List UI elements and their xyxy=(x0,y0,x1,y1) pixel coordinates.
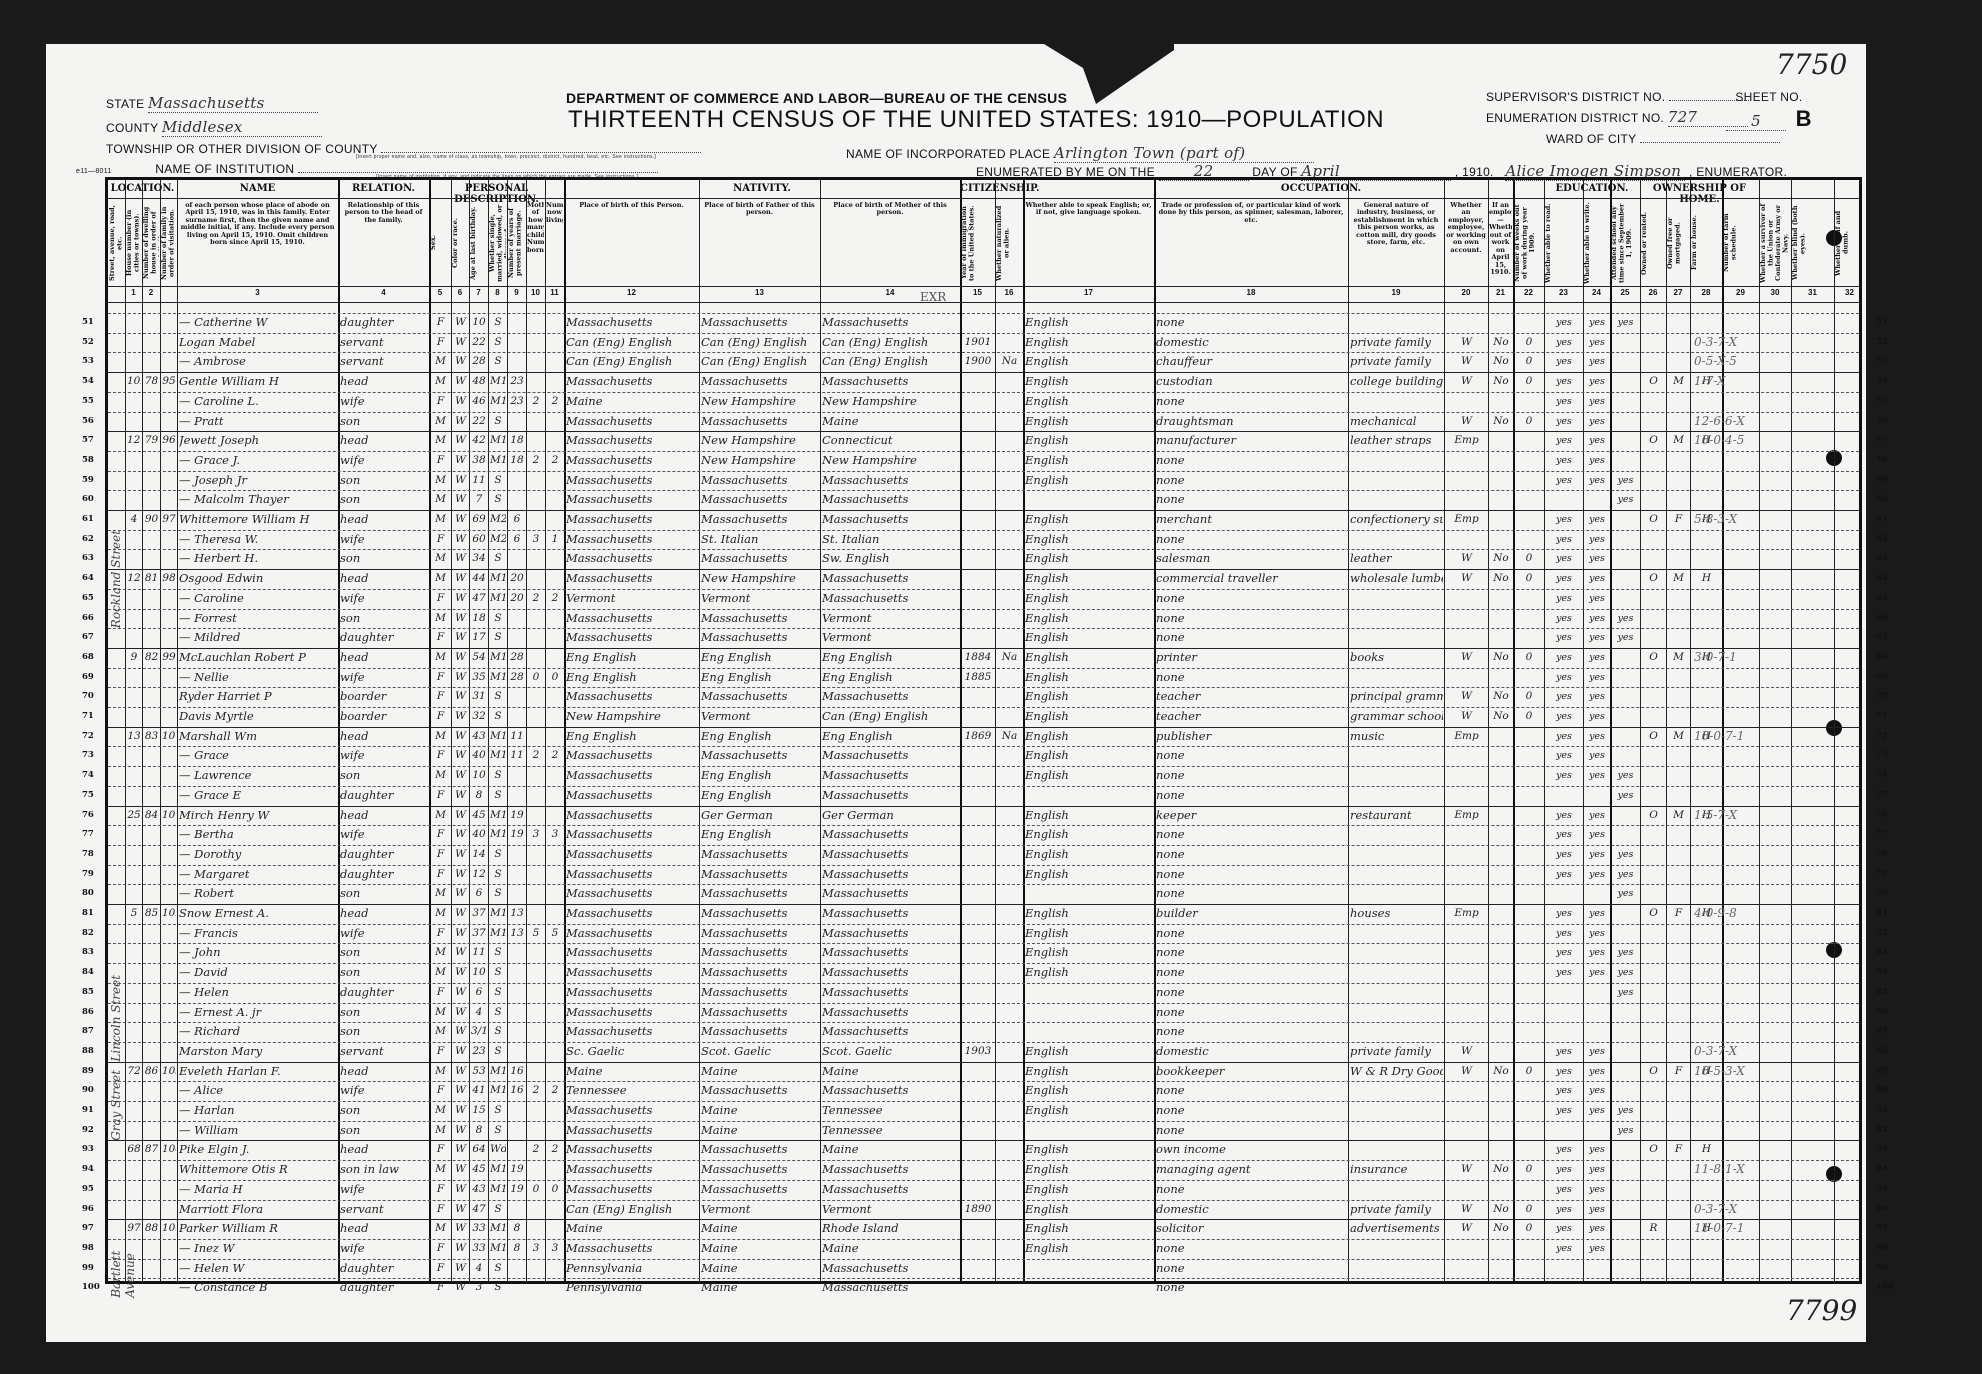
cell-house xyxy=(127,884,141,904)
cell-emp xyxy=(1446,746,1487,766)
cell-school xyxy=(1612,687,1639,707)
cell-school xyxy=(1612,589,1639,609)
cell-relation: head xyxy=(340,648,428,668)
cell-name: Marriott Flora xyxy=(179,1200,337,1220)
cell-read: yes xyxy=(1546,825,1582,845)
cell-age: 7 xyxy=(471,490,487,510)
cell-pob_father: Vermont xyxy=(701,707,819,727)
cell-out xyxy=(1490,943,1512,963)
cell-pob_father: Massachusetts xyxy=(701,609,819,629)
cell-age: 44 xyxy=(471,569,487,589)
cell-family: 99 xyxy=(162,648,176,668)
cell-living xyxy=(547,412,563,432)
cell-family xyxy=(162,983,176,1003)
cell-house: 9 xyxy=(127,648,141,668)
cell-write: yes xyxy=(1585,510,1609,530)
cell-natz xyxy=(997,471,1022,491)
line-number-right: 53 xyxy=(1876,356,1888,366)
table-row: — Grace EdaughterFW8SMassachusettsEng En… xyxy=(108,786,1859,806)
cell-out xyxy=(1490,451,1512,471)
cell-free xyxy=(1668,865,1689,885)
line-number-right: 75 xyxy=(1876,790,1888,800)
cell-out xyxy=(1490,609,1512,629)
header-rule xyxy=(108,198,1859,199)
cell-born xyxy=(528,1003,544,1023)
cell-industry xyxy=(1350,825,1443,845)
cell-years: 13 xyxy=(509,924,525,944)
cell-living xyxy=(547,1219,563,1239)
cell-race: W xyxy=(453,609,468,629)
cell-sex: F xyxy=(431,1180,450,1200)
cell-living xyxy=(547,806,563,826)
cell-own xyxy=(1642,589,1665,609)
sheet-number-field: SHEET NO. 5 B xyxy=(1726,90,1812,132)
cell-natz xyxy=(997,1278,1022,1298)
cell-family xyxy=(162,1200,176,1220)
cell-years xyxy=(509,471,525,491)
cell-race: W xyxy=(453,687,468,707)
cell-english: English xyxy=(1025,806,1153,826)
cell-born xyxy=(528,549,544,569)
column-number: 13 xyxy=(699,288,820,302)
cell-age: 17 xyxy=(471,628,487,648)
cell-dwelling: 84 xyxy=(144,806,159,826)
cell-read: yes xyxy=(1546,806,1582,826)
line-number-right: 97 xyxy=(1876,1223,1888,1233)
cell-english: English xyxy=(1025,589,1153,609)
cell-living xyxy=(547,1062,563,1082)
cell-read: yes xyxy=(1546,471,1582,491)
cell-sex: M xyxy=(431,727,450,747)
cell-read: yes xyxy=(1546,1101,1582,1121)
cell-write: yes xyxy=(1585,727,1609,747)
cell-emp: W xyxy=(1446,412,1487,432)
cell-write: yes xyxy=(1585,806,1609,826)
cell-out xyxy=(1490,766,1512,786)
cell-free: M xyxy=(1668,806,1689,826)
line-number: 80 xyxy=(82,888,94,898)
cell-dwelling xyxy=(144,963,159,983)
cell-code-annotation xyxy=(1694,549,1863,569)
cell-race: W xyxy=(453,1003,468,1023)
column-header: Relationship of this person to the head … xyxy=(339,202,428,284)
cell-born: 0 xyxy=(528,1180,544,1200)
cell-relation: son in law xyxy=(340,1160,428,1180)
cell-pob: Massachusetts xyxy=(566,963,698,983)
cell-read: yes xyxy=(1546,392,1582,412)
cell-trade: none xyxy=(1156,943,1347,963)
cell-years: 20 xyxy=(509,589,525,609)
line-number-right: 58 xyxy=(1876,455,1888,465)
cell-pob_father: Massachusetts xyxy=(701,963,819,983)
column-header: Number of dwelling house in order of vis… xyxy=(143,202,159,284)
cell-born xyxy=(528,904,544,924)
cell-write: yes xyxy=(1585,924,1609,944)
cell-pob_father: Eng English xyxy=(701,668,819,688)
cell-house xyxy=(127,687,141,707)
table-row: 1207996Jewett JosephheadMW42M118Massachu… xyxy=(108,431,1859,451)
cell-pob: Can (Eng) English xyxy=(566,333,698,353)
cell-sex: F xyxy=(431,845,450,865)
cell-pob_mother: Massachusetts xyxy=(822,786,959,806)
cell-natz xyxy=(997,1239,1022,1259)
cell-trade: none xyxy=(1156,746,1347,766)
cell-weeks xyxy=(1515,963,1543,983)
cell-immig xyxy=(962,1081,994,1101)
group-heading-relation: RELATION. xyxy=(338,183,429,194)
cell-pob_father: Massachusetts xyxy=(701,1081,819,1101)
cell-emp xyxy=(1446,1022,1487,1042)
cell-trade: domestic xyxy=(1156,333,1347,353)
cell-free: M xyxy=(1668,569,1689,589)
cell-born xyxy=(528,707,544,727)
cell-code-annotation xyxy=(1694,924,1863,944)
column-number: 29 xyxy=(1722,288,1759,302)
cell-name: Pike Elgin J. xyxy=(179,1140,337,1160)
table-row: Marston MaryservantFW23SSc. GaelicScot. … xyxy=(108,1042,1859,1062)
cell-name: — Margaret xyxy=(179,865,337,885)
cell-years: 28 xyxy=(509,648,525,668)
cell-english: English xyxy=(1025,352,1153,372)
cell-dwelling: 90 xyxy=(144,510,159,530)
cell-years xyxy=(509,963,525,983)
cell-name: Gentle William H xyxy=(179,372,337,392)
line-number: 62 xyxy=(82,534,94,544)
cell-family xyxy=(162,333,176,353)
cell-weeks xyxy=(1515,451,1543,471)
cell-race: W xyxy=(453,845,468,865)
cell-age: 47 xyxy=(471,1200,487,1220)
cell-family xyxy=(162,963,176,983)
cell-age: 42 xyxy=(471,431,487,451)
cell-school xyxy=(1612,1219,1639,1239)
cell-dwelling xyxy=(144,1200,159,1220)
cell-read: yes xyxy=(1546,648,1582,668)
cell-code-annotation xyxy=(1694,569,1863,589)
cell-industry xyxy=(1350,1003,1443,1023)
cell-living xyxy=(547,943,563,963)
cell-relation: son xyxy=(340,490,428,510)
cell-read: yes xyxy=(1546,1219,1582,1239)
cell-family xyxy=(162,1022,176,1042)
cell-industry xyxy=(1350,1081,1443,1101)
cell-trade: salesman xyxy=(1156,549,1347,569)
cell-emp xyxy=(1446,392,1487,412)
state-label: STATE xyxy=(106,97,144,111)
cell-family xyxy=(162,766,176,786)
cell-sex: F xyxy=(431,589,450,609)
cell-natz xyxy=(997,1101,1022,1121)
cell-trade: none xyxy=(1156,451,1347,471)
cell-sex: F xyxy=(431,707,450,727)
cell-emp xyxy=(1446,609,1487,629)
cell-house xyxy=(127,490,141,510)
cell-school xyxy=(1612,648,1639,668)
cell-school xyxy=(1612,1278,1639,1298)
cell-family: 102 xyxy=(162,904,176,924)
line-number: 73 xyxy=(82,750,94,760)
cell-living xyxy=(547,313,563,333)
cell-age: 6 xyxy=(471,983,487,1003)
cell-write xyxy=(1585,1278,1609,1298)
cell-sex: M xyxy=(431,471,450,491)
cell-write xyxy=(1585,1022,1609,1042)
cell-living: 2 xyxy=(547,589,563,609)
cell-free xyxy=(1668,668,1689,688)
cell-natz xyxy=(997,786,1022,806)
table-row: — HarlansonMW15SMassachusettsMaineTennes… xyxy=(108,1101,1859,1121)
cell-free xyxy=(1668,1239,1689,1259)
cell-dwelling xyxy=(144,1239,159,1259)
cell-code-annotation xyxy=(1694,963,1863,983)
table-row: — AmbroseservantMW28SCan (Eng) EnglishCa… xyxy=(108,352,1859,372)
column-header: General nature of industry, business, or… xyxy=(1349,202,1443,284)
cell-pob: Massachusetts xyxy=(566,806,698,826)
cell-pob_mother: Massachusetts xyxy=(822,1022,959,1042)
cell-trade: none xyxy=(1156,471,1347,491)
cell-born xyxy=(528,1200,544,1220)
cell-age: 45 xyxy=(471,806,487,826)
cell-write: yes xyxy=(1585,609,1609,629)
line-number-right: 56 xyxy=(1876,416,1888,426)
cell-english: English xyxy=(1025,825,1153,845)
cell-pob: Pennsylvania xyxy=(566,1259,698,1279)
cell-english: English xyxy=(1025,707,1153,727)
cell-read: yes xyxy=(1546,1239,1582,1259)
cell-pob: Massachusetts xyxy=(566,313,698,333)
line-number-right: 67 xyxy=(1876,632,1888,642)
cell-english: English xyxy=(1025,845,1153,865)
street-name: Rockland Street xyxy=(109,510,123,628)
cell-marital: M1 xyxy=(490,1239,506,1259)
cell-write: yes xyxy=(1585,865,1609,885)
cell-immig xyxy=(962,392,994,412)
cell-pob: Massachusetts xyxy=(566,1022,698,1042)
cell-age: 32 xyxy=(471,707,487,727)
cell-out xyxy=(1490,845,1512,865)
cell-industry xyxy=(1350,983,1443,1003)
cell-write: yes xyxy=(1585,1160,1609,1180)
cell-natz xyxy=(997,904,1022,924)
cell-natz xyxy=(997,372,1022,392)
cell-dwelling xyxy=(144,1042,159,1062)
cell-name: — Bertha xyxy=(179,825,337,845)
cell-natz xyxy=(997,490,1022,510)
cell-race: W xyxy=(453,865,468,885)
cell-emp xyxy=(1446,1121,1487,1141)
cell-living xyxy=(547,352,563,372)
column-header: If an employee— Whether out of work on A… xyxy=(1489,202,1512,284)
cell-born xyxy=(528,884,544,904)
cell-dwelling xyxy=(144,845,159,865)
cell-race: W xyxy=(453,1160,468,1180)
cell-free xyxy=(1668,471,1689,491)
cell-years: 19 xyxy=(509,1160,525,1180)
cell-emp xyxy=(1446,1278,1487,1298)
cell-family: 104 xyxy=(162,1140,176,1160)
cell-code-annotation xyxy=(1694,1081,1863,1101)
page-stamp-top: 7750 xyxy=(1776,48,1847,81)
cell-family xyxy=(162,530,176,550)
cell-name: — Ambrose xyxy=(179,352,337,372)
cell-age: 69 xyxy=(471,510,487,530)
line-number: 97 xyxy=(82,1223,94,1233)
cell-read xyxy=(1546,1022,1582,1042)
cell-pob_mother: Rhode Island xyxy=(822,1219,959,1239)
cell-own xyxy=(1642,1121,1665,1141)
cell-own xyxy=(1642,628,1665,648)
table-row: — LawrencesonMW10SMassachusettsEng Engli… xyxy=(108,766,1859,786)
cell-english: English xyxy=(1025,451,1153,471)
column-number: 1 xyxy=(125,288,142,302)
cell-family xyxy=(162,589,176,609)
cell-code-annotation xyxy=(1694,628,1863,648)
cell-weeks xyxy=(1515,1239,1543,1259)
township-field: TOWNSHIP OR OTHER DIVISION OF COUNTY [In… xyxy=(106,140,701,156)
cell-english: English xyxy=(1025,530,1153,550)
cell-trade: none xyxy=(1156,845,1347,865)
cell-school xyxy=(1612,431,1639,451)
cell-free xyxy=(1668,825,1689,845)
cell-pob_father: Massachusetts xyxy=(701,1180,819,1200)
cell-relation: boarder xyxy=(340,707,428,727)
line-number-right: 94 xyxy=(1876,1164,1888,1174)
cell-sex: F xyxy=(431,530,450,550)
cell-free: M xyxy=(1668,727,1689,747)
cell-pob_father: Massachusetts xyxy=(701,412,819,432)
table-row: — CarolinewifeFW47M12022VermontVermontMa… xyxy=(108,589,1859,609)
cell-relation: son xyxy=(340,1003,428,1023)
table-row: Logan MabelservantFW22SCan (Eng) English… xyxy=(108,333,1859,353)
cell-weeks xyxy=(1515,806,1543,826)
cell-own xyxy=(1642,1160,1665,1180)
cell-race: W xyxy=(453,943,468,963)
cell-house xyxy=(127,1121,141,1141)
cell-read xyxy=(1546,1278,1582,1298)
cell-write: yes xyxy=(1585,1081,1609,1101)
cell-name: Eveleth Harlan F. xyxy=(179,1062,337,1082)
cell-name: — Richard xyxy=(179,1022,337,1042)
cell-family xyxy=(162,924,176,944)
cell-code-annotation xyxy=(1694,1101,1863,1121)
cell-race: W xyxy=(453,1219,468,1239)
cell-immig xyxy=(962,687,994,707)
cell-marital: M1 xyxy=(490,392,506,412)
cell-industry xyxy=(1350,845,1443,865)
cell-out xyxy=(1490,1180,1512,1200)
cell-relation: son xyxy=(340,766,428,786)
institution-field: e11—8011 NAME OF INSTITUTION [Insert nam… xyxy=(76,160,658,176)
cell-weeks xyxy=(1515,766,1543,786)
cell-born xyxy=(528,806,544,826)
cell-living xyxy=(547,490,563,510)
incorporated-place-value: Arlington Town (part of) xyxy=(1054,144,1314,163)
cell-industry: houses xyxy=(1350,904,1443,924)
column-header: Attended school any time since September… xyxy=(1611,202,1639,284)
line-number: 89 xyxy=(82,1066,94,1076)
group-heading-citizenship: CITIZENSHIP. xyxy=(960,183,1023,194)
cell-immig xyxy=(962,431,994,451)
column-number: 7 xyxy=(469,288,488,302)
cell-industry xyxy=(1350,1121,1443,1141)
cell-relation: daughter xyxy=(340,845,428,865)
cell-name: — Mildred xyxy=(179,628,337,648)
cell-years xyxy=(509,865,525,885)
cell-read xyxy=(1546,983,1582,1003)
cell-english xyxy=(1025,884,1153,904)
cell-weeks xyxy=(1515,1259,1543,1279)
cell-trade: none xyxy=(1156,392,1347,412)
cell-dwelling xyxy=(144,1259,159,1279)
cell-read: yes xyxy=(1546,313,1582,333)
cell-pob: Massachusetts xyxy=(566,786,698,806)
cell-age: 33 xyxy=(471,1219,487,1239)
cell-own xyxy=(1642,845,1665,865)
cell-name: — Grace J. xyxy=(179,451,337,471)
cell-school xyxy=(1612,924,1639,944)
line-number: 53 xyxy=(82,356,94,366)
cell-years xyxy=(509,1022,525,1042)
cell-dwelling xyxy=(144,490,159,510)
cell-code-annotation: 11-8-1-X xyxy=(1694,1160,1863,1180)
cell-trade: bookkeeper xyxy=(1156,1062,1347,1082)
cell-english: English xyxy=(1025,609,1153,629)
cell-out xyxy=(1490,392,1512,412)
cell-emp xyxy=(1446,845,1487,865)
cell-weeks xyxy=(1515,1278,1543,1298)
cell-race: W xyxy=(453,1042,468,1062)
cell-free xyxy=(1668,609,1689,629)
cell-family xyxy=(162,609,176,629)
cell-own xyxy=(1642,766,1665,786)
cell-weeks: 0 xyxy=(1515,352,1543,372)
supervisor-label: SUPERVISOR'S DISTRICT NO. xyxy=(1486,90,1665,104)
line-number-right: 55 xyxy=(1876,396,1888,406)
column-header: Whether deaf and dumb. xyxy=(1835,202,1864,284)
cell-read: yes xyxy=(1546,628,1582,648)
cell-out xyxy=(1490,510,1512,530)
cell-free xyxy=(1668,1101,1689,1121)
cell-dwelling: 81 xyxy=(144,569,159,589)
cell-race: W xyxy=(453,1180,468,1200)
line-number-right: 65 xyxy=(1876,593,1888,603)
cell-read: yes xyxy=(1546,1042,1582,1062)
cell-write xyxy=(1585,786,1609,806)
cell-relation: head xyxy=(340,1219,428,1239)
cell-house xyxy=(127,1022,141,1042)
cell-age: 10 xyxy=(471,963,487,983)
cell-dwelling: 86 xyxy=(144,1062,159,1082)
cell-english: English xyxy=(1025,392,1153,412)
cell-immig xyxy=(962,766,994,786)
cell-living xyxy=(547,372,563,392)
cell-name: — Helen W xyxy=(179,1259,337,1279)
cell-relation: son xyxy=(340,1022,428,1042)
township-label: TOWNSHIP OR OTHER DIVISION OF COUNTY xyxy=(106,142,378,156)
cell-dwelling xyxy=(144,589,159,609)
line-number: 76 xyxy=(82,810,94,820)
cell-years: 28 xyxy=(509,668,525,688)
cell-sex: F xyxy=(431,1278,450,1298)
cell-living xyxy=(547,333,563,353)
line-number-right: 73 xyxy=(1876,750,1888,760)
cell-house xyxy=(127,1101,141,1121)
cell-born xyxy=(528,471,544,491)
cell-write: yes xyxy=(1585,766,1609,786)
cell-out xyxy=(1490,313,1512,333)
cell-immig xyxy=(962,825,994,845)
cell-immig xyxy=(962,372,994,392)
